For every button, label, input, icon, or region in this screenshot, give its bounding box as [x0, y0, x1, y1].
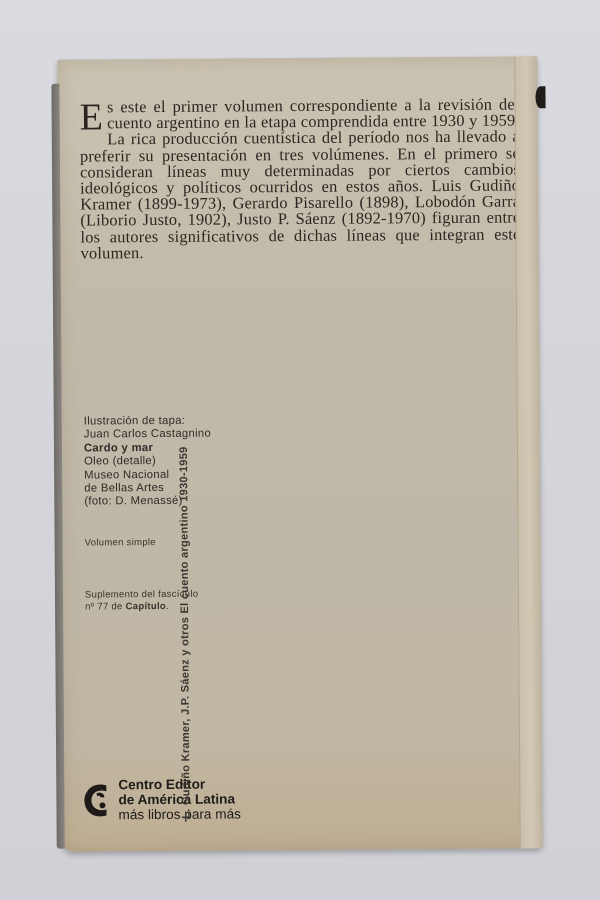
book-spine: L. Gudiño Kramer, J.P. Sáenz y otros El …	[514, 56, 543, 848]
book-back-cover: Es este el primer volumen correspondient…	[57, 56, 543, 851]
drop-cap: E	[80, 101, 104, 133]
publisher-block: Centro Editor de América Latina más libr…	[82, 776, 241, 822]
credits-label: Ilustración de tapa:	[84, 414, 284, 429]
blurb-text: s este el primer volumen correspondiente…	[80, 94, 521, 262]
spine-title: L. Gudiño Kramer, J.P. Sáenz y otros El …	[178, 446, 193, 818]
book-page-edge	[51, 84, 64, 849]
back-cover-blurb: Es este el primer volumen correspondient…	[80, 96, 521, 261]
volume-note: Volumen simple	[85, 537, 156, 548]
cea-logo-icon	[82, 779, 112, 821]
credits-artist: Juan Carlos Castagnino	[84, 428, 284, 443]
spine-logo-mark	[535, 86, 545, 108]
